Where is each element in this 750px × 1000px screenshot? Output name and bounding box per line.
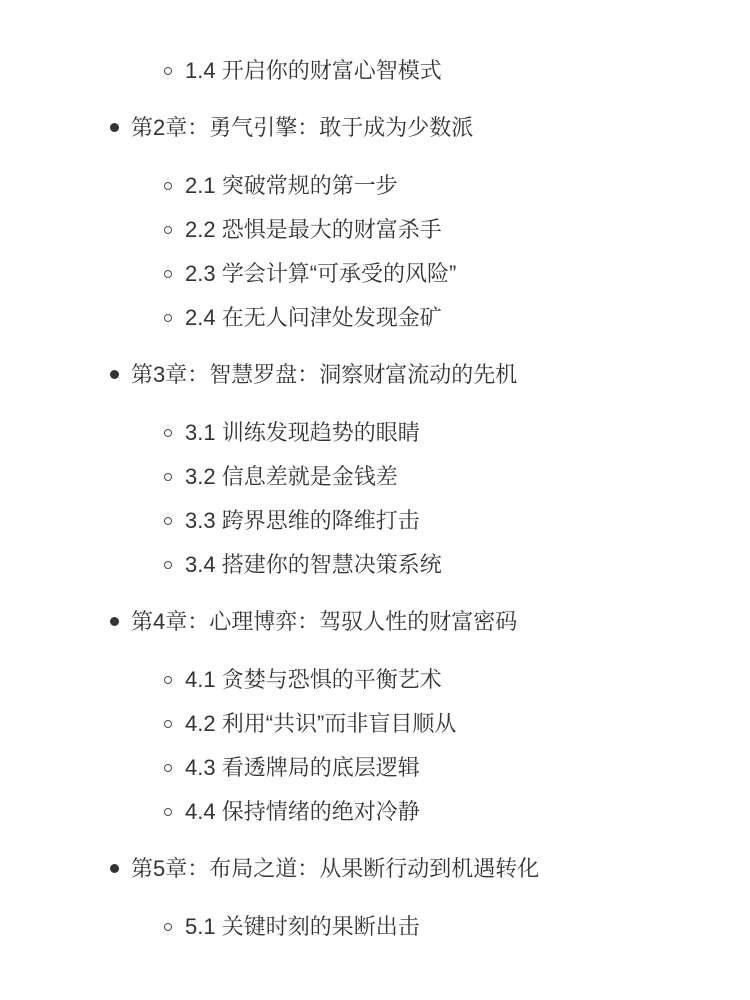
circle-bullet-icon [164,764,172,772]
circle-bullet-icon [164,473,172,481]
toc-section-label: 2.4 在无人问津处发现金矿 [185,305,442,330]
toc-section-item: 4.2 利用“共识”而非盲目顺从 [0,709,750,739]
toc-section-label: 1.4 开启你的财富心智模式 [185,58,442,83]
circle-bullet-icon [164,270,172,278]
toc-section-item: 3.4 搭建你的智慧决策系统 [0,550,750,580]
circle-bullet-icon [164,561,172,569]
toc-chapter-item: 第4章：心理博弈：驾驭人性的财富密码 [0,607,750,637]
circle-bullet-icon [164,67,172,75]
document-page: 1.4 开启你的财富心智模式 第2章：勇气引擎：敢于成为少数派 2.1 突破常规… [0,0,750,1000]
toc-section-label: 2.3 学会计算“可承受的风险” [185,261,456,286]
toc-section-item: 5.1 关键时刻的果断出击 [0,912,750,942]
circle-bullet-icon [164,923,172,931]
toc-section-label: 2.2 恐惧是最大的财富杀手 [185,217,442,242]
toc-section-label: 3.2 信息差就是金钱差 [185,464,398,489]
disc-bullet-icon [110,123,119,132]
toc-section-item: 2.1 突破常规的第一步 [0,171,750,201]
toc-section-label: 4.3 看透牌局的底层逻辑 [185,755,420,780]
toc-section-label: 4.4 保持情绪的绝对冷静 [185,799,420,824]
toc-chapter-label: 第2章：勇气引擎：敢于成为少数派 [131,115,473,140]
toc-section-item: 4.3 看透牌局的底层逻辑 [0,753,750,783]
circle-bullet-icon [164,226,172,234]
chapter-group-2: 第2章：勇气引擎：敢于成为少数派 2.1 突破常规的第一步 2.2 恐惧是最大的… [0,113,750,333]
toc-section-label: 3.3 跨界思维的降维打击 [185,508,420,533]
disc-bullet-icon [110,864,119,873]
toc-chapter-label: 第3章：智慧罗盘：洞察财富流动的先机 [131,362,517,387]
circle-bullet-icon [164,720,172,728]
toc-section-item: 1.4 开启你的财富心智模式 [0,56,750,86]
chapter-group-5: 第5章：布局之道：从果断行动到机遇转化 5.1 关键时刻的果断出击 [0,854,750,942]
toc-section-item: 3.1 训练发现趋势的眼睛 [0,418,750,448]
toc-section-item: 2.4 在无人问津处发现金矿 [0,303,750,333]
toc-section-label: 3.1 训练发现趋势的眼睛 [185,420,420,445]
circle-bullet-icon [164,429,172,437]
circle-bullet-icon [164,676,172,684]
toc-section-label: 4.1 贪婪与恐惧的平衡艺术 [185,667,442,692]
circle-bullet-icon [164,314,172,322]
toc-section-item: 2.2 恐惧是最大的财富杀手 [0,215,750,245]
toc-section-label: 5.1 关键时刻的果断出击 [185,914,420,939]
toc-chapter-label: 第4章：心理博弈：驾驭人性的财富密码 [131,609,517,634]
circle-bullet-icon [164,517,172,525]
disc-bullet-icon [110,370,119,379]
table-of-contents: 1.4 开启你的财富心智模式 第2章：勇气引擎：敢于成为少数派 2.1 突破常规… [0,0,750,942]
toc-section-item: 4.1 贪婪与恐惧的平衡艺术 [0,665,750,695]
toc-section-item: 2.3 学会计算“可承受的风险” [0,259,750,289]
circle-bullet-icon [164,808,172,816]
toc-chapter-item: 第3章：智慧罗盘：洞察财富流动的先机 [0,360,750,390]
toc-section-label: 3.4 搭建你的智慧决策系统 [185,552,442,577]
toc-section-item: 4.4 保持情绪的绝对冷静 [0,797,750,827]
toc-chapter-label: 第5章：布局之道：从果断行动到机遇转化 [131,856,539,881]
toc-chapter-item: 第5章：布局之道：从果断行动到机遇转化 [0,854,750,884]
toc-section-item: 3.2 信息差就是金钱差 [0,462,750,492]
toc-section-item: 3.3 跨界思维的降维打击 [0,506,750,536]
toc-section-label: 2.1 突破常规的第一步 [185,173,398,198]
chapter-group-3: 第3章：智慧罗盘：洞察财富流动的先机 3.1 训练发现趋势的眼睛 3.2 信息差… [0,360,750,580]
chapter-group-4: 第4章：心理博弈：驾驭人性的财富密码 4.1 贪婪与恐惧的平衡艺术 4.2 利用… [0,607,750,827]
chapter-group-1-tail: 1.4 开启你的财富心智模式 [0,56,750,86]
toc-section-label: 4.2 利用“共识”而非盲目顺从 [185,711,456,736]
circle-bullet-icon [164,182,172,190]
toc-chapter-item: 第2章：勇气引擎：敢于成为少数派 [0,113,750,143]
disc-bullet-icon [110,617,119,626]
